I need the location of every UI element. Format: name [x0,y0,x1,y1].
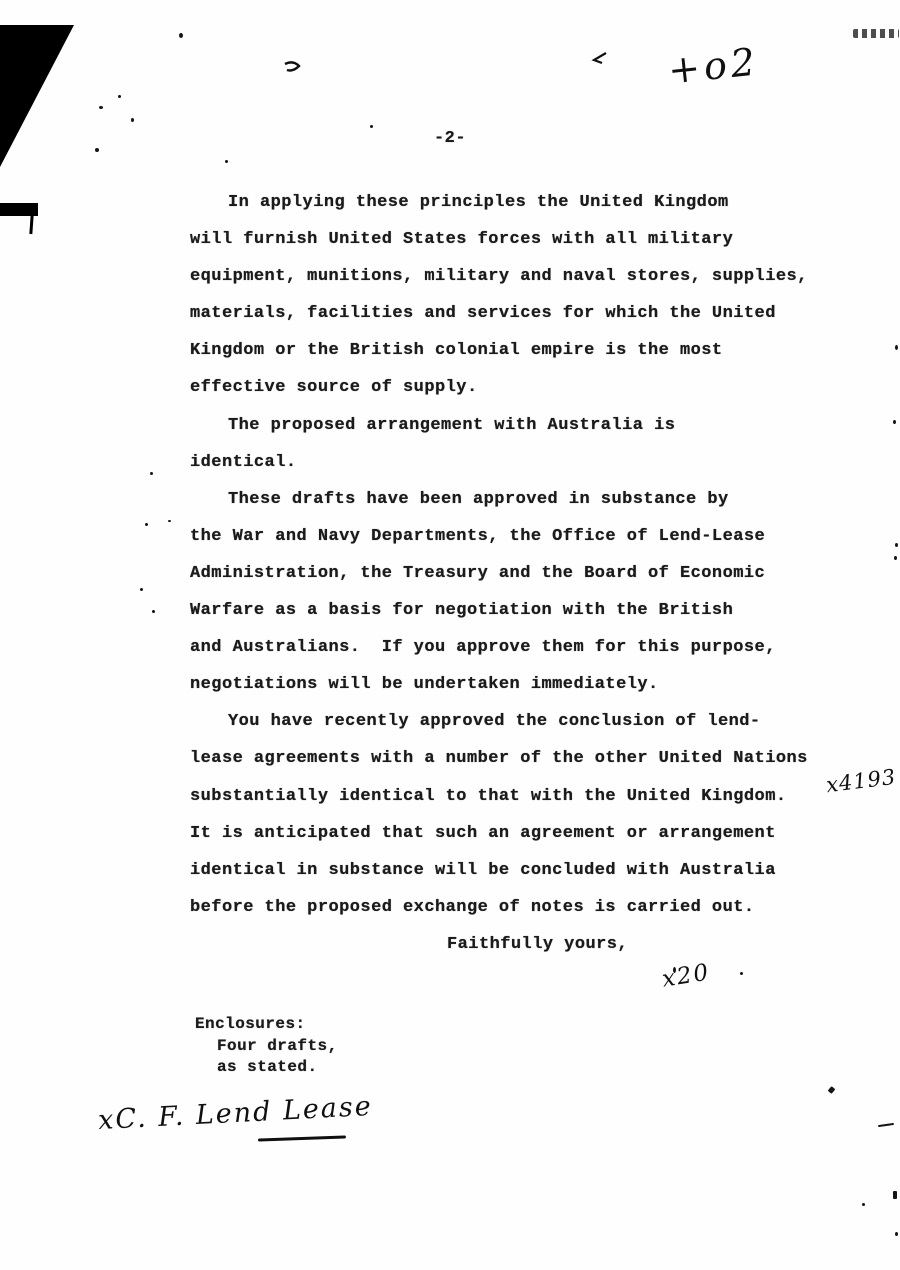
enclosures-label: Enclosures: [195,1014,338,1036]
noise-speck [118,95,121,98]
handwritten-top-right-mark: +o2 [666,39,761,92]
body-line: Administration, the Treasury and the Boa… [190,555,850,592]
pen-tick-mark [283,58,305,78]
noise-speck [168,520,171,522]
noise-speck [225,160,228,163]
scan-top-right-smudge [853,29,899,38]
body-line: substantially identical to that with the… [190,778,850,815]
noise-speck [99,106,103,109]
enclosures-block: Enclosures: Four drafts, as stated. [195,1014,338,1079]
body-line: and Australians. If you approve them for… [190,629,850,666]
body-line: equipment, munitions, military and naval… [190,258,850,295]
noise-speck [740,972,743,975]
noise-speck [895,543,898,547]
noise-speck [673,967,676,973]
body-line: It is anticipated that such an agreement… [190,815,850,852]
noise-speck [878,1123,894,1127]
noise-speck [893,1191,897,1199]
enclosure-item: Four drafts, [195,1036,338,1058]
noise-speck [179,33,183,38]
noise-speck [370,125,373,128]
noise-speck [131,118,134,122]
handwritten-underline-flourish [258,1135,346,1141]
body-line: identical in substance will be concluded… [190,852,850,889]
scan-edge-blot-tail [29,215,33,234]
noise-speck [895,1232,898,1236]
body-line: Kingdom or the British colonial empire i… [190,332,850,369]
body-line: You have recently approved the conclusio… [190,703,850,740]
page-number: -2- [0,129,900,148]
body-line: effective source of supply. [190,369,850,406]
handwritten-bottom-note: xC. F. Lend Lease [97,1091,373,1136]
body-line: Warfare as a basis for negotiation with … [190,592,850,629]
handwritten-initials-note: x20 [660,959,712,992]
closing-salutation: Faithfully yours, [190,926,850,963]
noise-speck [895,345,898,350]
noise-speck [150,472,153,475]
enclosure-item: as stated. [195,1057,338,1079]
body-line: identical. [190,444,850,481]
body-line: negotiations will be undertaken immediat… [190,666,850,703]
noise-speck [828,1086,836,1094]
noise-speck [140,588,143,591]
noise-speck [95,148,99,152]
body-line: before the proposed exchange of notes is… [190,889,850,926]
noise-speck [152,610,155,613]
noise-speck [862,1203,865,1206]
scanned-letter-page: -2- In applying these principles the Uni… [0,0,900,1270]
letter-body: In applying these principles the United … [190,184,850,963]
body-line: These drafts have been approved in subst… [190,481,850,518]
noise-speck [894,556,897,560]
noise-speck [145,523,148,526]
body-line: will furnish United States forces with a… [190,221,850,258]
pen-tick-mark [590,50,610,68]
noise-speck [893,420,896,424]
body-line: The proposed arrangement with Australia … [190,407,850,444]
body-line: materials, facilities and services for w… [190,295,850,332]
body-line: lease agreements with a number of the ot… [190,740,850,777]
body-line: the War and Navy Departments, the Office… [190,518,850,555]
body-line: In applying these principles the United … [190,184,850,221]
